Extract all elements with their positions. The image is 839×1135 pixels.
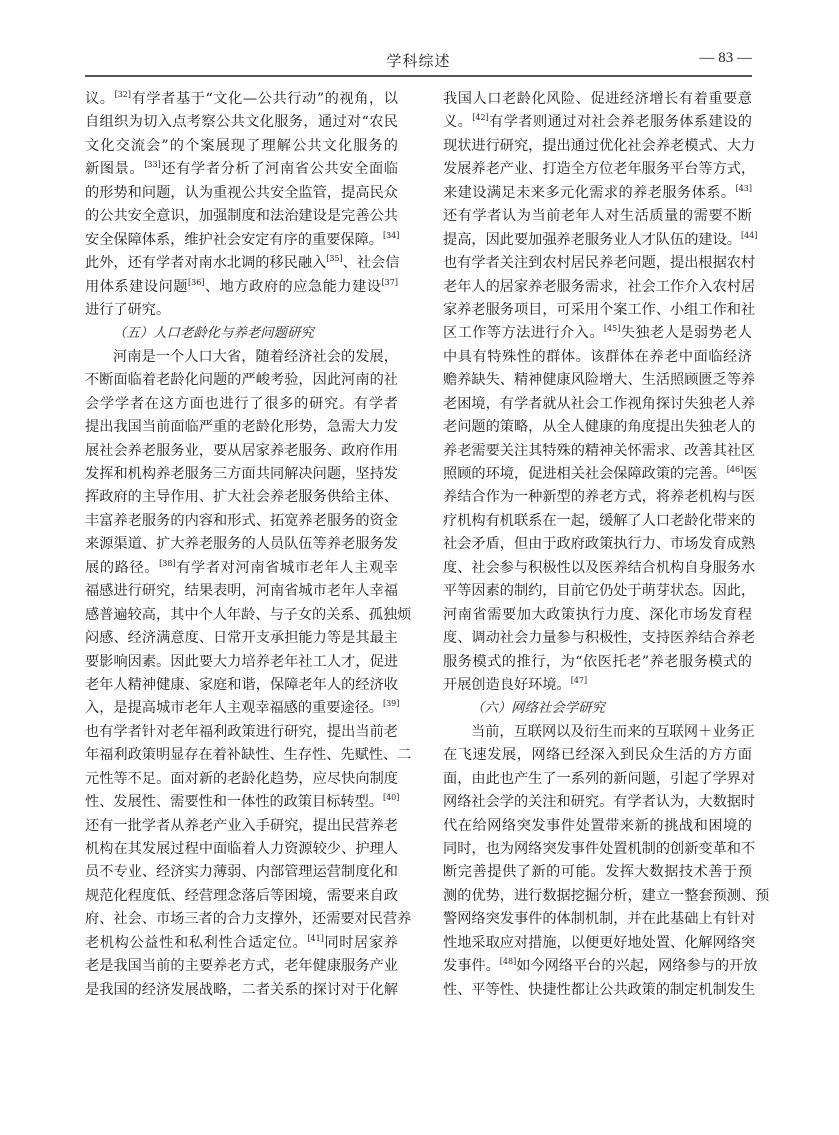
header-rule: [85, 75, 752, 77]
text-line: 展社会养老服务业，要从居家养老服务、政府作用: [85, 440, 398, 463]
text-line: 老年人的居家养老服务需求，社会工作介入农村居: [443, 276, 752, 299]
text-line: 提高，因此要加强养老服务业人才队伍的建设。[44]: [443, 229, 752, 252]
text-line: 面，由此也产生了一系列的新问题，引起了学界对: [443, 768, 752, 791]
text-line: 会学学者在这方面也进行了很多的研究。有学者: [85, 393, 398, 416]
citation-marker: [40]: [383, 793, 399, 802]
text-line: 河南省需要加大政策执行力度、深化市场发育程: [443, 604, 752, 627]
text-line: 测的优势，进行数据挖掘分析，建立一整套预测、预: [443, 885, 752, 908]
text-line: 同时，也为网络突发事件处置机制的创新变革和不: [443, 838, 752, 861]
citation-marker: [47]: [571, 676, 587, 685]
citation-marker: [36]: [188, 278, 204, 287]
text-line: 机构在其发展过程中面临着人力资源较少、护理人: [85, 838, 398, 861]
text-line: 老机构公益性和私利性合适定位。[41]同时居家养: [85, 932, 398, 955]
text-line: 现状进行研究，提出通过优化社会养老模式、大力: [443, 135, 752, 158]
text-line: 用体系建设问题[36]、地方政府的应急能力建设[37]: [85, 276, 398, 299]
text-line: 不断面临着老龄化问题的严峻考验，因此河南的社: [85, 369, 398, 392]
text-line: 展的路径。[38]有学者对河南省城市老年人主观幸: [85, 557, 398, 580]
text-line: 中具有特殊性的群体。该群体在养老中面临经济: [443, 346, 752, 369]
page-header: 学科综述 — 83 —: [85, 46, 752, 74]
citation-marker: [32]: [115, 90, 131, 99]
text-line: 感普遍较高，其中个人年龄、与子女的关系、孤独烦: [85, 604, 398, 627]
citation-marker: [48]: [500, 957, 516, 966]
text-line: 入，是提高城市老年人主观幸福感的重要途径。[39]: [85, 697, 398, 720]
text-line: 安全保障体系，维护社会安定有序的重要保障。[34]: [85, 229, 398, 252]
text-line: 照顾的环境，促进相关社会保障政策的完善。[46]医: [443, 463, 752, 486]
text-line: 老年人精神健康、家庭和谐，保障老年人的经济收: [85, 674, 398, 697]
text-line: 疗机构有机联系在一起，缓解了人口老龄化带来的: [443, 510, 752, 533]
text-line: 规范化程度低、经营理念落后等困境，需要来自政: [85, 885, 398, 908]
text-line: 老问题的策略，从全人健康的角度提出失独老人的: [443, 416, 752, 439]
text-line: 元性等不足。面对新的老龄化趋势，应尽快向制度: [85, 768, 398, 791]
section-heading: （五）人口老龄化与养老问题研究: [85, 322, 398, 345]
text-line: 也有学者关注到农村居民养老问题，提出根据农村: [443, 252, 752, 275]
citation-marker: [45]: [604, 324, 620, 333]
text-line: 员不专业、经济实力薄弱、内部管理运营制度化和: [85, 861, 398, 884]
text-line: 开展创造良好环境。[47]: [443, 674, 752, 697]
text-line: 警网络突发事件的体制机制，并在此基础上有针对: [443, 908, 752, 931]
text-line: 度、调动社会力量参与积极性，支持医养结合养老: [443, 627, 752, 650]
text-line: 养老需要关注其特殊的精神关怀需求、改善其社区: [443, 440, 752, 463]
citation-marker: [42]: [472, 113, 488, 122]
text-line: 度、社会参与积极性以及医养结合机构自身服务水: [443, 557, 752, 580]
text-line: 网络社会学的关注和研究。有学者认为，大数据时: [443, 791, 752, 814]
text-line: 的公共安全意识，加强制度和法治建设是完善公共: [85, 205, 398, 228]
text-line: 性、发展性、需要性和一体性的政策目标转型。[40]: [85, 791, 398, 814]
citation-marker: [37]: [382, 278, 398, 287]
text-line: 代在给网络突发事件处置带来新的挑战和困境的: [443, 815, 752, 838]
text-line: 来源渠道、扩大养老服务的人员队伍等养老服务发: [85, 533, 398, 556]
text-line: 性、平等性、快捷性都让公共政策的制定机制发生: [443, 979, 752, 1002]
text-line: 闷感、经济满意度、日常开支承担能力等是其最主: [85, 627, 398, 650]
right-column: 我国人口老龄化风险、促进经济增长有着重要意义。[42]有学者则通过对社会养老服务…: [443, 88, 752, 1002]
citation-marker: [38]: [159, 559, 175, 568]
text-line: 性地采取应对措施，以便更好地处置、化解网络突: [443, 932, 752, 955]
section-heading: （六）网络社会学研究: [443, 697, 752, 720]
citation-marker: [33]: [144, 160, 160, 169]
text-line: 还有学者认为当前老年人对生活质量的需要不断: [443, 205, 752, 228]
text-line: 此外，还有学者对南水北调的移民融入[35]、社会信: [85, 252, 398, 275]
left-column: 议。[32]有学者基于“文化—公共行动”的视角，以自组织为切入点考察公共文化服务…: [85, 88, 398, 1002]
text-line: 来建设满足未来多元化需求的养老服务体系。[43]: [443, 182, 752, 205]
text-line: 社会矛盾，但由于政府政策执行力、市场发育成熟: [443, 533, 752, 556]
text-line: 义。[42]有学者则通过对社会养老服务体系建设的: [443, 111, 752, 134]
text-line: 在飞速发展，网络已经深入到民众生活的方方面: [443, 744, 752, 767]
text-line: 福感进行研究，结果表明，河南省城市老年人幸福: [85, 580, 398, 603]
text-line: 老困境，有学者就从社会工作视角探讨失独老人养: [443, 393, 752, 416]
text-line: 发事件。[48]如今网络平台的兴起，网络参与的开放: [443, 955, 752, 978]
text-line: 我国人口老龄化风险、促进经济增长有着重要意: [443, 88, 752, 111]
page-number: — 83 —: [700, 50, 753, 67]
text-line: 是我国的经济发展战略，二者关系的探讨对于化解: [85, 979, 398, 1002]
text-line: 议。[32]有学者基于“文化—公共行动”的视角，以: [85, 88, 398, 111]
text-line: 年福利政策明显存在着补缺性、生存性、先赋性、二: [85, 744, 398, 767]
text-line: 区工作等方法进行介入。[45]失独老人是弱势老人: [443, 322, 752, 345]
text-line: 要影响因素。因此要大力培养老年社工人才，促进: [85, 651, 398, 674]
citation-marker: [34]: [383, 231, 399, 240]
text-line: 河南是一个人口大省，随着经济社会的发展，: [85, 346, 398, 369]
citation-marker: [35]: [326, 254, 342, 263]
citation-marker: [44]: [741, 231, 757, 240]
text-line: 平等因素的制约，目前它仍处于萌芽状态。因此，: [443, 580, 752, 603]
citation-marker: [39]: [383, 699, 399, 708]
text-line: 进行了研究。: [85, 299, 398, 322]
text-line: 挥政府的主导作用、扩大社会养老服务供给主体、: [85, 486, 398, 509]
citation-marker: [43]: [736, 184, 752, 193]
text-line: 自组织为切入点考察公共文化服务，通过对“农民: [85, 111, 398, 134]
text-line: 养结合作为一种新型的养老方式，将养老机构与医: [443, 486, 752, 509]
text-line: 断完善提供了新的可能。发挥大数据技术善于预: [443, 861, 752, 884]
text-line: 提出我国当前面临严重的老龄化形势，急需大力发: [85, 416, 398, 439]
text-line: 老是我国当前的主要养老方式，老年健康服务产业: [85, 955, 398, 978]
text-line: 丰富养老服务的内容和形式、拓宽养老服务的资金: [85, 510, 398, 533]
text-line: 也有学者针对老年福利政策进行研究，提出当前老: [85, 721, 398, 744]
text-line: 服务模式的推行，为“依医托老”养老服务模式的: [443, 651, 752, 674]
text-line: 当前，互联网以及衍生而来的互联网＋业务正: [443, 721, 752, 744]
text-line: 家养老服务项目，可采用个案工作、小组工作和社: [443, 299, 752, 322]
citation-marker: [41]: [307, 934, 323, 943]
text-line: 新图景。[33]还有学者分析了河南省公共安全面临: [85, 158, 398, 181]
citation-marker: [46]: [727, 465, 743, 474]
text-line: 府、社会、市场三者的合力支撑外，还需要对民营养: [85, 908, 398, 931]
text-line: 的形势和问题，认为重视公共安全监管，提高民众: [85, 182, 398, 205]
text-line: 还有一批学者从养老产业入手研究，提出民营养老: [85, 815, 398, 838]
text-line: 赡养缺失、精神健康风险增大、生活照顾匮乏等养: [443, 369, 752, 392]
text-line: 发挥和机构养老服务三方面共同解决问题，坚持发: [85, 463, 398, 486]
section-title: 学科综述: [85, 50, 752, 71]
text-line: 发展养老产业、打造全方位老年服务平台等方式，: [443, 158, 752, 181]
text-line: 文化交流会”的个案展现了理解公共文化服务的: [85, 135, 398, 158]
